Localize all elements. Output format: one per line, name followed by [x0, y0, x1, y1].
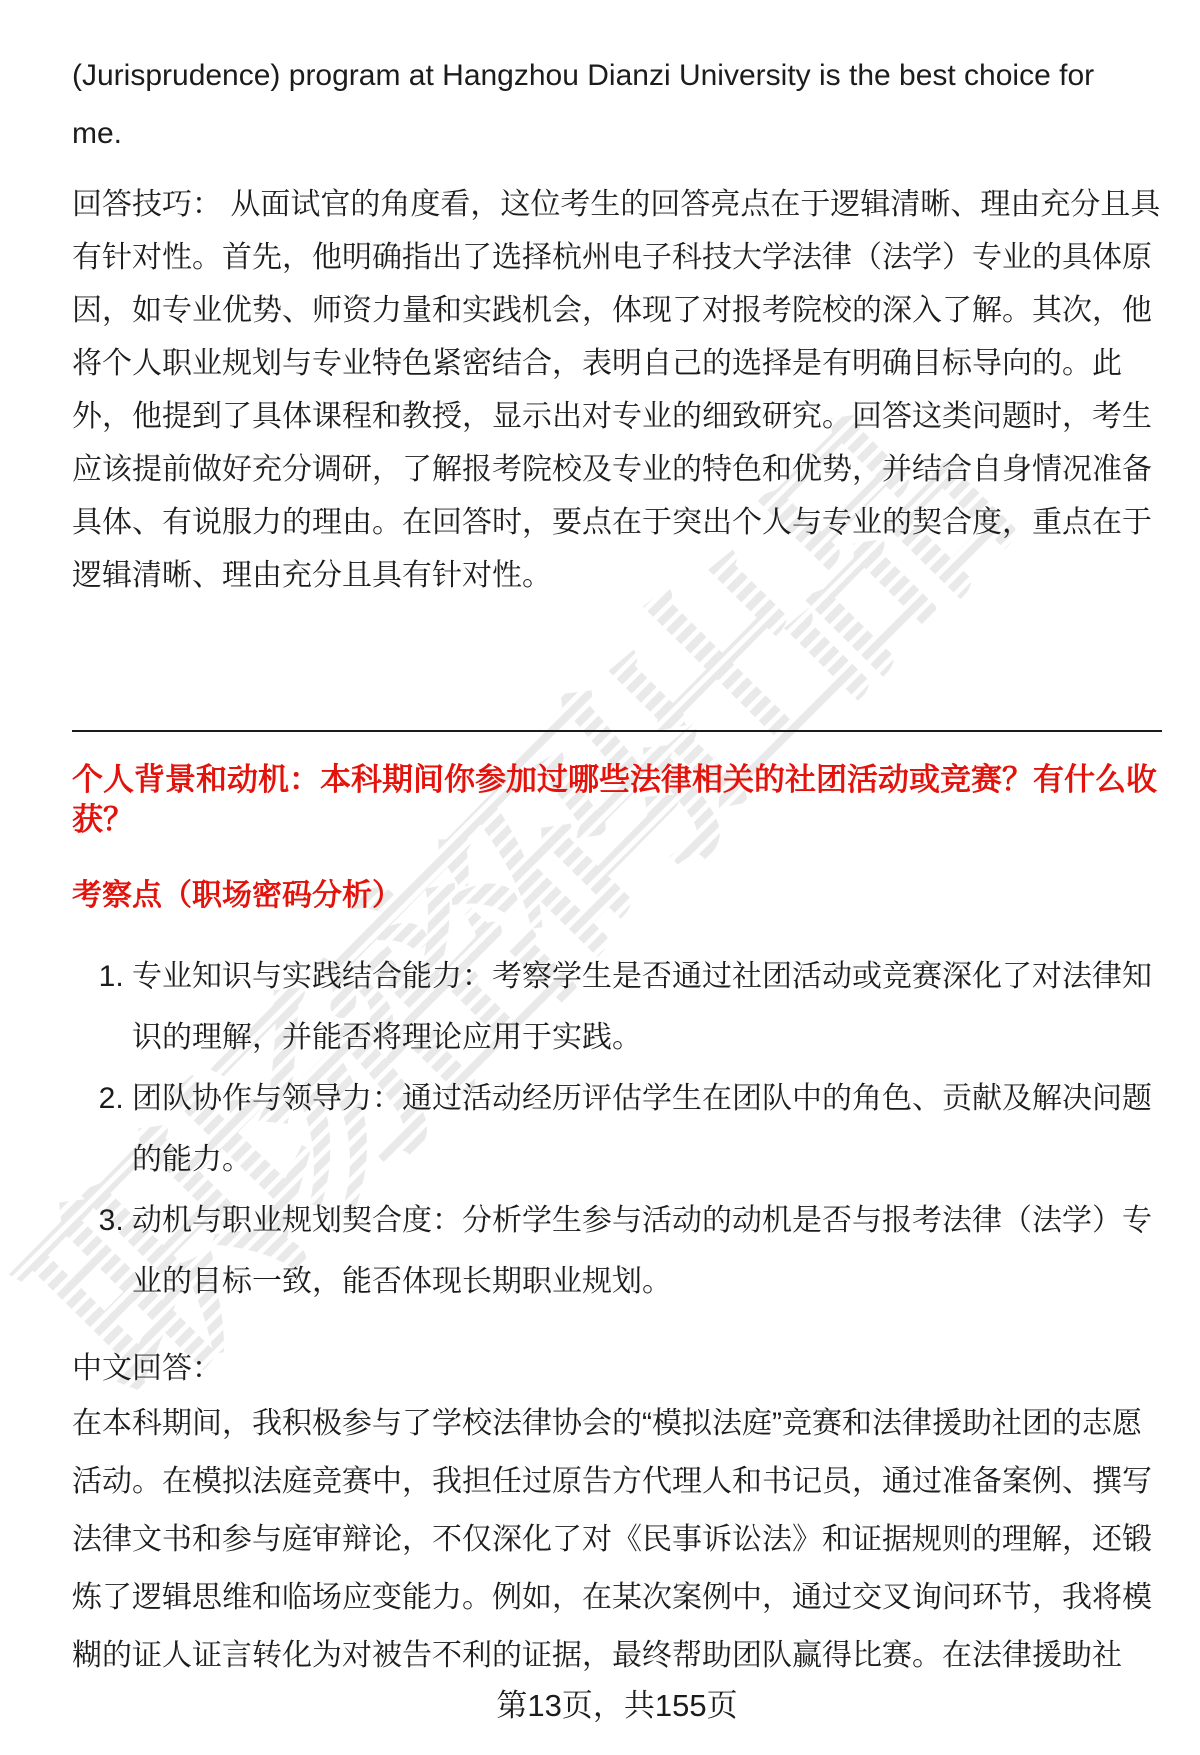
- document-content: (Jurisprudence) program at Hangzhou Dian…: [0, 0, 1162, 1685]
- analysis-point-1: 专业知识与实践结合能力：考察学生是否通过社团活动或竞赛深化了对法律知识的理解，并…: [132, 946, 1162, 1068]
- document-page: 职场密码出品 (Jurisprudence) program at Hangzh…: [0, 0, 1200, 1755]
- analysis-point-3: 动机与职业规划契合度：分析学生参与活动的动机是否与报考法律（法学）专业的目标一致…: [132, 1190, 1162, 1312]
- answer-tips-paragraph: 回答技巧： 从面试官的角度看，这位考生的回答亮点在于逻辑清晰、理由充分且具有针对…: [72, 178, 1162, 602]
- english-answer-tail: (Jurisprudence) program at Hangzhou Dian…: [72, 47, 1134, 163]
- analysis-point-2: 团队协作与领导力：通过活动经历评估学生在团队中的角色、贡献及解决问题的能力。: [132, 1068, 1162, 1190]
- analysis-heading: 考察点（职场密码分析）: [72, 876, 1162, 916]
- chinese-answer-label: 中文回答：: [72, 1342, 1162, 1395]
- question-heading: 个人背景和动机：本科期间你参加过哪些法律相关的社团活动或竞赛？有什么收获？: [72, 760, 1162, 840]
- page-number-footer: 第13页，共155页: [72, 1686, 1162, 1726]
- analysis-points-list: 专业知识与实践结合能力：考察学生是否通过社团活动或竞赛深化了对法律知识的理解，并…: [72, 946, 1162, 1312]
- section-divider: [72, 730, 1162, 732]
- chinese-answer-paragraph: 在本科期间，我积极参与了学校法律协会的“模拟法庭”竞赛和法律援助社团的志愿活动。…: [72, 1395, 1162, 1685]
